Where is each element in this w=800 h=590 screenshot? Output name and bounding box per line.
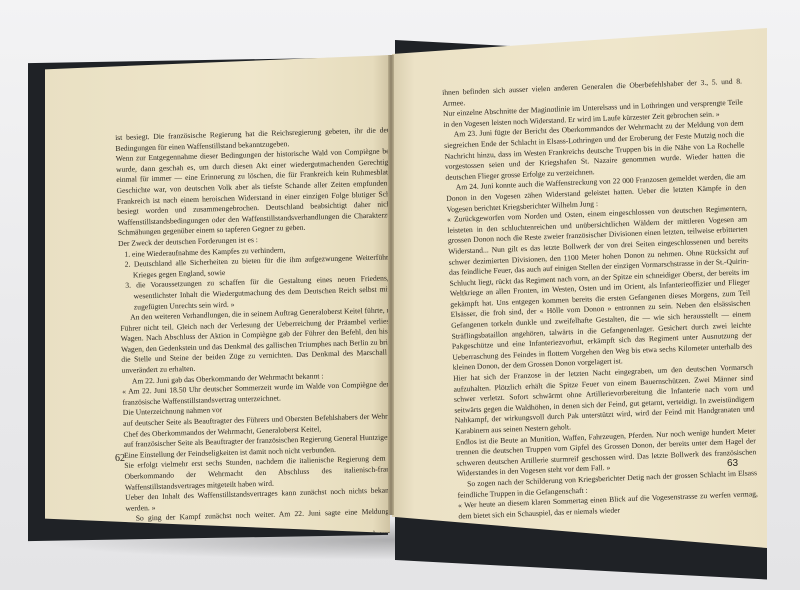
paragraph: Hier hat sich der Franzose in der letzte… (453, 362, 755, 437)
page-number-left: 62 (115, 453, 125, 464)
left-page: ist besiegt. Die französische Regierung … (45, 55, 390, 533)
paragraph: An den weiteren Verhandlungen, die in se… (120, 305, 390, 377)
paragraph: « Zurückgeworfen vom Norden und Osten, e… (447, 204, 753, 374)
left-page-text: ist besiegt. Die französische Regierung … (115, 125, 390, 533)
right-page-text: ihnen befinden sich ausser vielen andere… (442, 76, 758, 522)
page-number-right: 63 (727, 458, 738, 469)
right-page: ihnen befinden sich ausser vielen andere… (392, 28, 767, 548)
paragraph: Wenn zur Entgegennahme dieser Bedingunge… (116, 146, 390, 239)
book-gutter (388, 55, 394, 515)
